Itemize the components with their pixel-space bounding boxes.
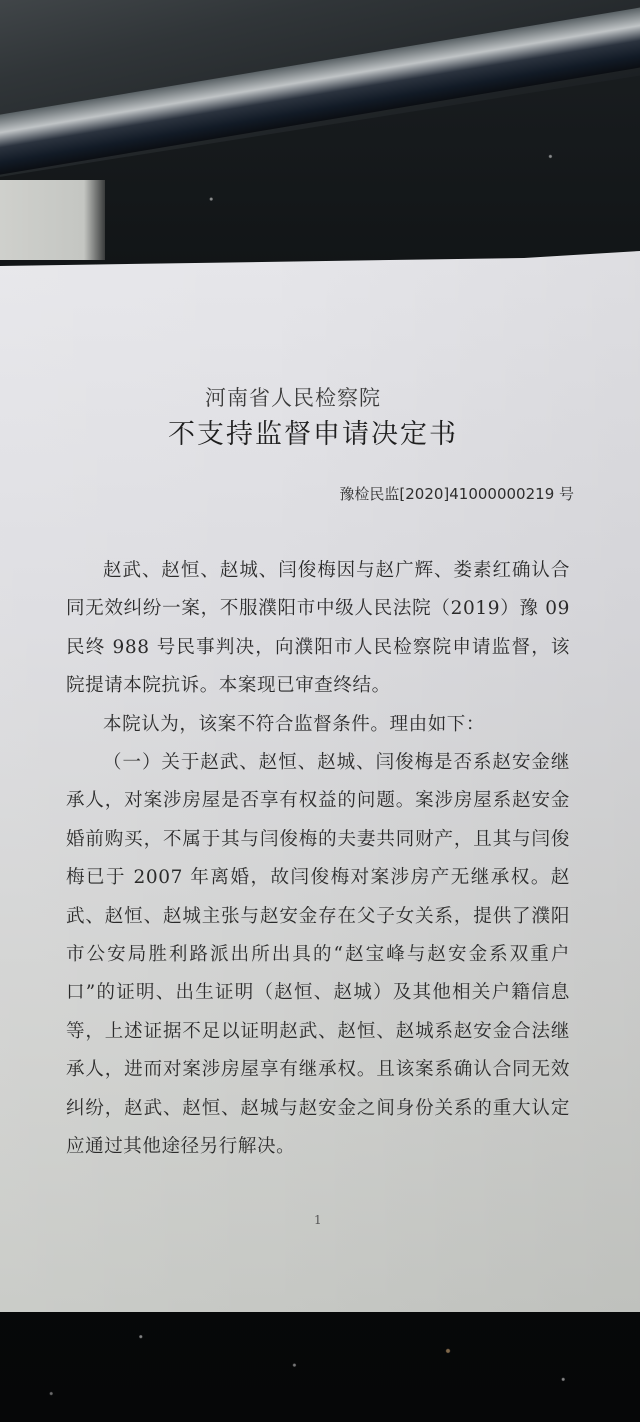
paragraph-opinion: 本院认为，该案不符合监督条件。理由如下： (66, 706, 570, 744)
issuing-organization: 河南省人民检察院 (205, 382, 381, 412)
paragraph-reason-one: （一）关于赵武、赵恒、赵城、闫俊梅是否系赵安金继承人，对案涉房屋是否享有权益的问… (66, 744, 570, 1166)
page-number: 1 (314, 1213, 322, 1227)
document-number: 豫检民监[2020]41000000219 号 (339, 483, 574, 504)
document-title: 不支持监督申请决定书 (168, 412, 458, 451)
document-body: 赵武、赵恒、赵城、闫俊梅因与赵广辉、娄素红确认合同无效纠纷一案，不服濮阳市中级人… (66, 552, 570, 1167)
paragraph-case-summary: 赵武、赵恒、赵城、闫俊梅因与赵广辉、娄素红确认合同无效纠纷一案，不服濮阳市中级人… (66, 552, 570, 706)
photo-scene: 河南省人民检察院 不支持监督申请决定书 豫检民监[2020]4100000021… (0, 0, 640, 1422)
document: 河南省人民检察院 不支持监督申请决定书 豫检民监[2020]4100000021… (0, 0, 640, 1422)
